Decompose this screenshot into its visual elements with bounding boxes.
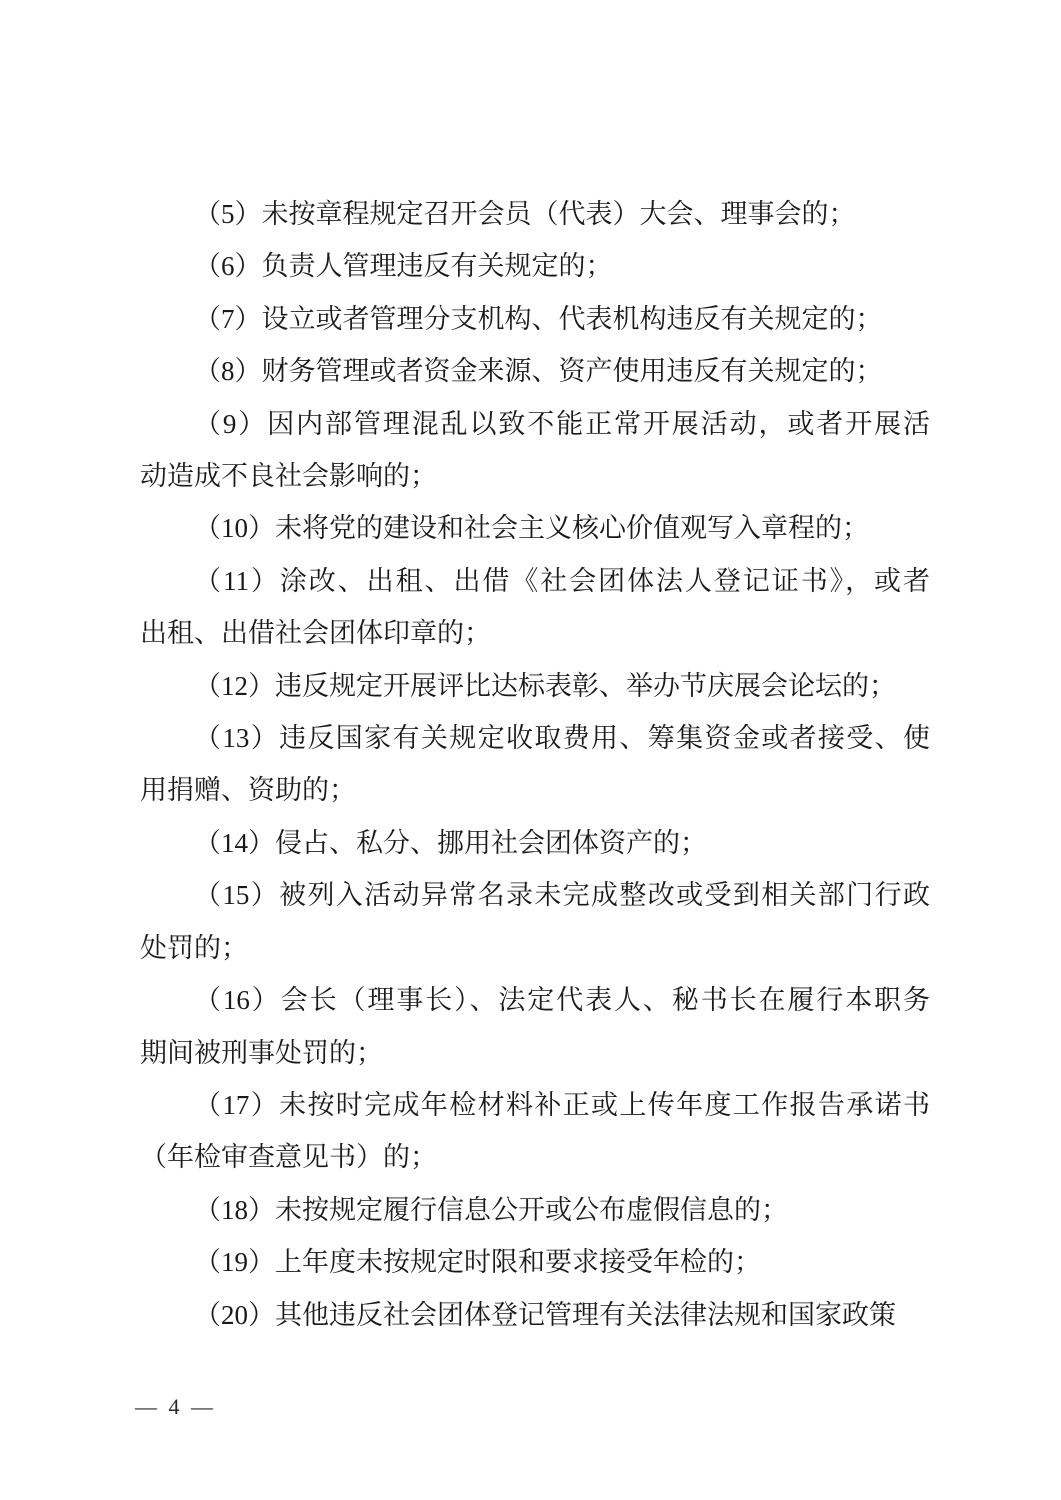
text-line: （5）未按章程规定召开会员（代表）大会、理事会的；	[140, 188, 930, 240]
paragraph: （12）违反规定开展评比达标表彰、举办节庆展会论坛的；	[140, 660, 930, 712]
paragraph: （9）因内部管理混乱以致不能正常开展活动，或者开展活动造成不良社会影响的；	[140, 398, 930, 503]
paragraph: （5）未按章程规定召开会员（代表）大会、理事会的；	[140, 188, 930, 240]
text-line: 处罚的；	[140, 922, 930, 974]
text-line: （12）违反规定开展评比达标表彰、举办节庆展会论坛的；	[140, 660, 930, 712]
text-line: 期间被刑事处罚的；	[140, 1027, 930, 1079]
paragraph: （14）侵占、私分、挪用社会团体资产的；	[140, 817, 930, 869]
text-line: （15）被列入活动异常名录未完成整改或受到相关部门行政	[140, 869, 930, 921]
text-line: （13）违反国家有关规定收取费用、筹集资金或者接受、使	[140, 712, 930, 764]
text-line: （6）负责人管理违反有关规定的；	[140, 240, 930, 292]
text-line: （年检审查意见书）的；	[140, 1131, 930, 1183]
text-line: （16）会长（理事长）、法定代表人、秘书长在履行本职务	[140, 974, 930, 1026]
text-line: （17）未按时完成年检材料补正或上传年度工作报告承诺书	[140, 1079, 930, 1131]
paragraph: （19）上年度未按规定时限和要求接受年检的；	[140, 1236, 930, 1288]
text-line: （14）侵占、私分、挪用社会团体资产的；	[140, 817, 930, 869]
paragraph: （11）涂改、出租、出借《社会团体法人登记证书》，或者出租、出借社会团体印章的；	[140, 555, 930, 660]
text-line: 出租、出借社会团体印章的；	[140, 607, 930, 659]
paragraph: （20）其他违反社会团体登记管理有关法律法规和国家政策	[140, 1289, 930, 1341]
text-line: （8）财务管理或者资金来源、资产使用违反有关规定的；	[140, 345, 930, 397]
text-line: （19）上年度未按规定时限和要求接受年检的；	[140, 1236, 930, 1288]
paragraph: （15）被列入活动异常名录未完成整改或受到相关部门行政处罚的；	[140, 869, 930, 974]
paragraph: （7）设立或者管理分支机构、代表机构违反有关规定的；	[140, 293, 930, 345]
paragraph: （18）未按规定履行信息公开或公布虚假信息的；	[140, 1184, 930, 1236]
text-line: 动造成不良社会影响的；	[140, 450, 930, 502]
document-page: （5）未按章程规定召开会员（代表）大会、理事会的；（6）负责人管理违反有关规定的…	[0, 0, 1061, 1500]
paragraph: （10）未将党的建设和社会主义核心价值观写入章程的；	[140, 502, 930, 554]
text-line: （11）涂改、出租、出借《社会团体法人登记证书》，或者	[140, 555, 930, 607]
paragraph: （8）财务管理或者资金来源、资产使用违反有关规定的；	[140, 345, 930, 397]
paragraph: （13）违反国家有关规定收取费用、筹集资金或者接受、使用捐赠、资助的；	[140, 712, 930, 817]
text-line: （20）其他违反社会团体登记管理有关法律法规和国家政策	[140, 1289, 930, 1341]
paragraph: （16）会长（理事长）、法定代表人、秘书长在履行本职务期间被刑事处罚的；	[140, 974, 930, 1079]
text-line: 用捐赠、资助的；	[140, 764, 930, 816]
paragraph: （6）负责人管理违反有关规定的；	[140, 240, 930, 292]
text-line: （10）未将党的建设和社会主义核心价值观写入章程的；	[140, 502, 930, 554]
text-line: （18）未按规定履行信息公开或公布虚假信息的；	[140, 1184, 930, 1236]
paragraph: （17）未按时完成年检材料补正或上传年度工作报告承诺书（年检审查意见书）的；	[140, 1079, 930, 1184]
text-line: （7）设立或者管理分支机构、代表机构违反有关规定的；	[140, 293, 930, 345]
page-number: — 4 —	[135, 1392, 216, 1422]
text-line: （9）因内部管理混乱以致不能正常开展活动，或者开展活	[140, 398, 930, 450]
document-body: （5）未按章程规定召开会员（代表）大会、理事会的；（6）负责人管理违反有关规定的…	[140, 188, 930, 1341]
